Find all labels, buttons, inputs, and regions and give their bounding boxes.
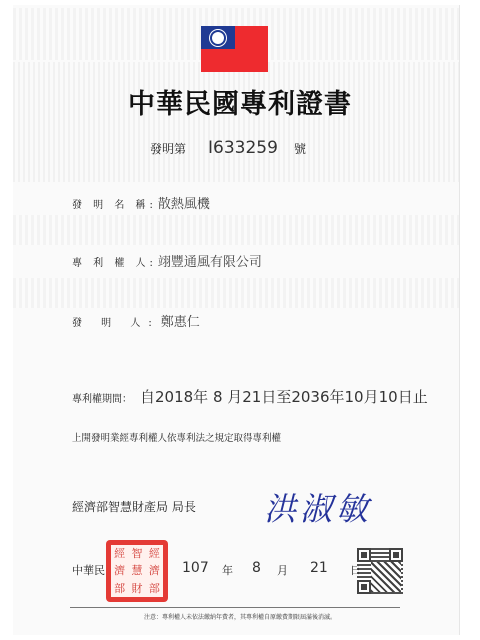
seal-char: 濟 xyxy=(111,562,128,579)
field-value: 翊豐通風有限公司 xyxy=(158,251,262,270)
field-value: 散熱風機 xyxy=(158,193,210,212)
field-patentee: 專 利 權 人: 翊豐通風有限公司 xyxy=(72,251,262,270)
qr-finder xyxy=(357,548,371,562)
date-day: 21 xyxy=(310,560,328,576)
field-label: 發 明 名 稱: xyxy=(72,196,157,211)
patent-term: 專利權期間： 自2018年 8 月21日至2036年10月10日止 xyxy=(72,386,428,407)
certificate-title: 中華民國專利證書 xyxy=(0,82,480,121)
footer-divider xyxy=(70,607,400,608)
official-seal-icon: 經 智 經 濟 慧 濟 部 財 部 xyxy=(106,540,168,602)
flag-icon xyxy=(201,26,268,72)
seal-characters: 經 智 經 濟 慧 濟 部 財 部 xyxy=(111,545,163,597)
grant-statement: 上開發明業經專利權人依專利法之規定取得專利權 xyxy=(72,430,281,444)
seal-char: 慧 xyxy=(128,562,145,579)
guilloche-band xyxy=(13,62,459,182)
seal-char: 智 xyxy=(128,545,145,562)
qr-finder xyxy=(357,580,371,594)
seal-char: 財 xyxy=(128,580,145,597)
guilloche-band xyxy=(13,215,459,245)
patent-term-label: 專利權期間： xyxy=(72,390,132,405)
patent-number-prefix: 發明第 xyxy=(150,140,186,157)
date-month: 8 xyxy=(252,560,261,576)
field-label: 發 明 人: xyxy=(72,314,160,329)
qr-modules xyxy=(371,562,401,592)
guilloche-band xyxy=(13,278,459,308)
patent-number-suffix: 號 xyxy=(294,140,306,157)
field-inventor: 發 明 人: 鄭惠仁 xyxy=(72,311,200,330)
field-invention-title: 發 明 名 稱: 散熱風機 xyxy=(72,193,210,212)
date-year-unit: 年 xyxy=(222,562,233,578)
field-label: 專 利 權 人: xyxy=(72,254,157,269)
sun-icon xyxy=(212,32,224,44)
date-month-unit: 月 xyxy=(277,562,288,578)
patent-number: I633259 xyxy=(208,138,278,158)
date-year: 107 xyxy=(182,560,209,576)
seal-char: 部 xyxy=(146,580,163,597)
director-signature: 洪淑敏 xyxy=(264,484,372,530)
flag-canton xyxy=(201,26,235,49)
qr-finder xyxy=(389,548,403,562)
seal-char: 部 xyxy=(111,580,128,597)
seal-char: 經 xyxy=(146,545,163,562)
seal-char: 經 xyxy=(111,545,128,562)
patent-number-line: 發明第 I633259 號 xyxy=(150,138,306,158)
issuing-authority: 經濟部智慧財產局 局長 xyxy=(72,498,196,515)
patent-term-value: 自2018年 8 月21日至2036年10月10日止 xyxy=(140,386,428,407)
seal-char: 濟 xyxy=(146,562,163,579)
footer-note: 注意：專利權人未依法繳納年費者，其專利權自原繳費期限屆滿後消滅。 xyxy=(0,612,480,621)
qr-code-icon[interactable] xyxy=(357,548,403,594)
field-value: 鄭惠仁 xyxy=(161,311,200,330)
